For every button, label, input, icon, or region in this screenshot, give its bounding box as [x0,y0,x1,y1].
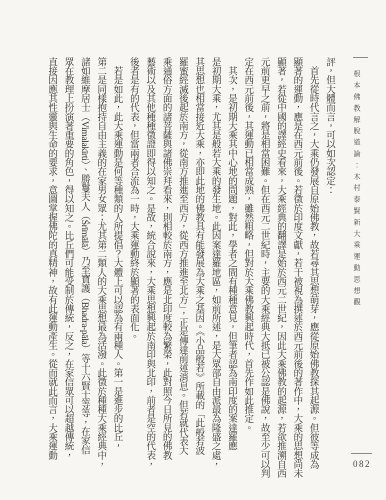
text-column: 首先從時代言之，大乘仍發展自原始佛教，故若尋其思想萌芽，應從原始佛教探其起源。但… [304,57,320,497]
text-column: 是初期大乘，尤其是般若大乘的發生地。此因案達羅地區，如前所述，是大眾部自由派最為… [206,57,222,497]
text-column: 乘通俗方面的諸菩薩與諸佛崇拜看來，則相較於南方，應是北印度較為繁榮，此對照今日所… [157,57,173,497]
text-column: 直接因應其性靈與生命的要求，意圖掌握佛陀的真精神，故有此運動產生。從而就此而言，… [43,57,59,497]
text-column: 評，但大體而言，可以如次認定： [321,57,337,497]
text-column: 定在西元前後，其運動已相當成熟，雖然粗略，但對於大乘佛教興起時代，首先作如此推定… [239,57,255,497]
running-head-rule [353,57,368,58]
text-column: 諸如維摩居士（Vimalakīrti）、勝鬘夫人（Śrīmālā）乃至寶護（Bh… [76,57,92,497]
text-column: 眾在教理上扮演著重要的角色，得以知之。比丘們可能受制於傳統，反之，在家信眾可以超… [59,57,75,497]
running-head-title: 根本佛教解脫道論：木村泰賢新大乘運動思想觀 [350,70,362,309]
text-column: 後者是有的代表，但當兩者合流為一時，大乘運動終於顯著的表面化。 [125,57,141,497]
page-number-rule [351,453,372,454]
text-column: 第二是同樣抱持自由主義的在家男女眾；尤其第二類人的大乘思想最為活潑。此徵於種種大… [92,57,108,497]
text-column: 藝術以及其他種種徵證即得以知之。是故，統合說來，大乘思想興起於南印與北印，前者是… [141,57,157,497]
page-number: 082 [348,459,376,469]
text-column: 元前更早之前，將是相當困難。但在西元二世紀時，主要的大乘經典大抵已被公認是佛說，… [255,57,271,497]
book-page: 根本佛教解脫道論：木村泰賢新大乘運動思想觀 評，但大體而言，可以如次認定： 首先… [0,0,386,500]
text-column: 其思想也相當接近大乘，亦即此地的佛教具有能發展為大乘之基因。《小品般若》所載的「… [190,57,206,497]
text-columns: 評，但大體而言，可以如次認定： 首先從時代言之，大乘仍發展自原始佛教，故若尋其思… [43,57,337,497]
text-column: 若是如此，此大乘運動是何等種類的人所提倡？大體上可以認為有兩種人。第一是進步的比… [108,57,124,497]
text-column: 羅蜜經滅後起於南方，從南方推進至西方，從西方推進至北方」，正是傳達前述消息。但若… [174,57,190,497]
text-column: 其次，是初期大乘其中心地的問題，對此，學者之間有種種意見，但筆者認為南印度的案達… [223,57,239,497]
text-column: 顯著的運動，應是在西元前後。若徵於印度文獻，若干被視為撰述於西元前後的著作中，大… [288,57,304,497]
text-column: 顯著，若從中國的譯經史看來，大乘經典的翻譯是始於西元二世紀，因此大乘佛教的起源，… [272,57,288,497]
